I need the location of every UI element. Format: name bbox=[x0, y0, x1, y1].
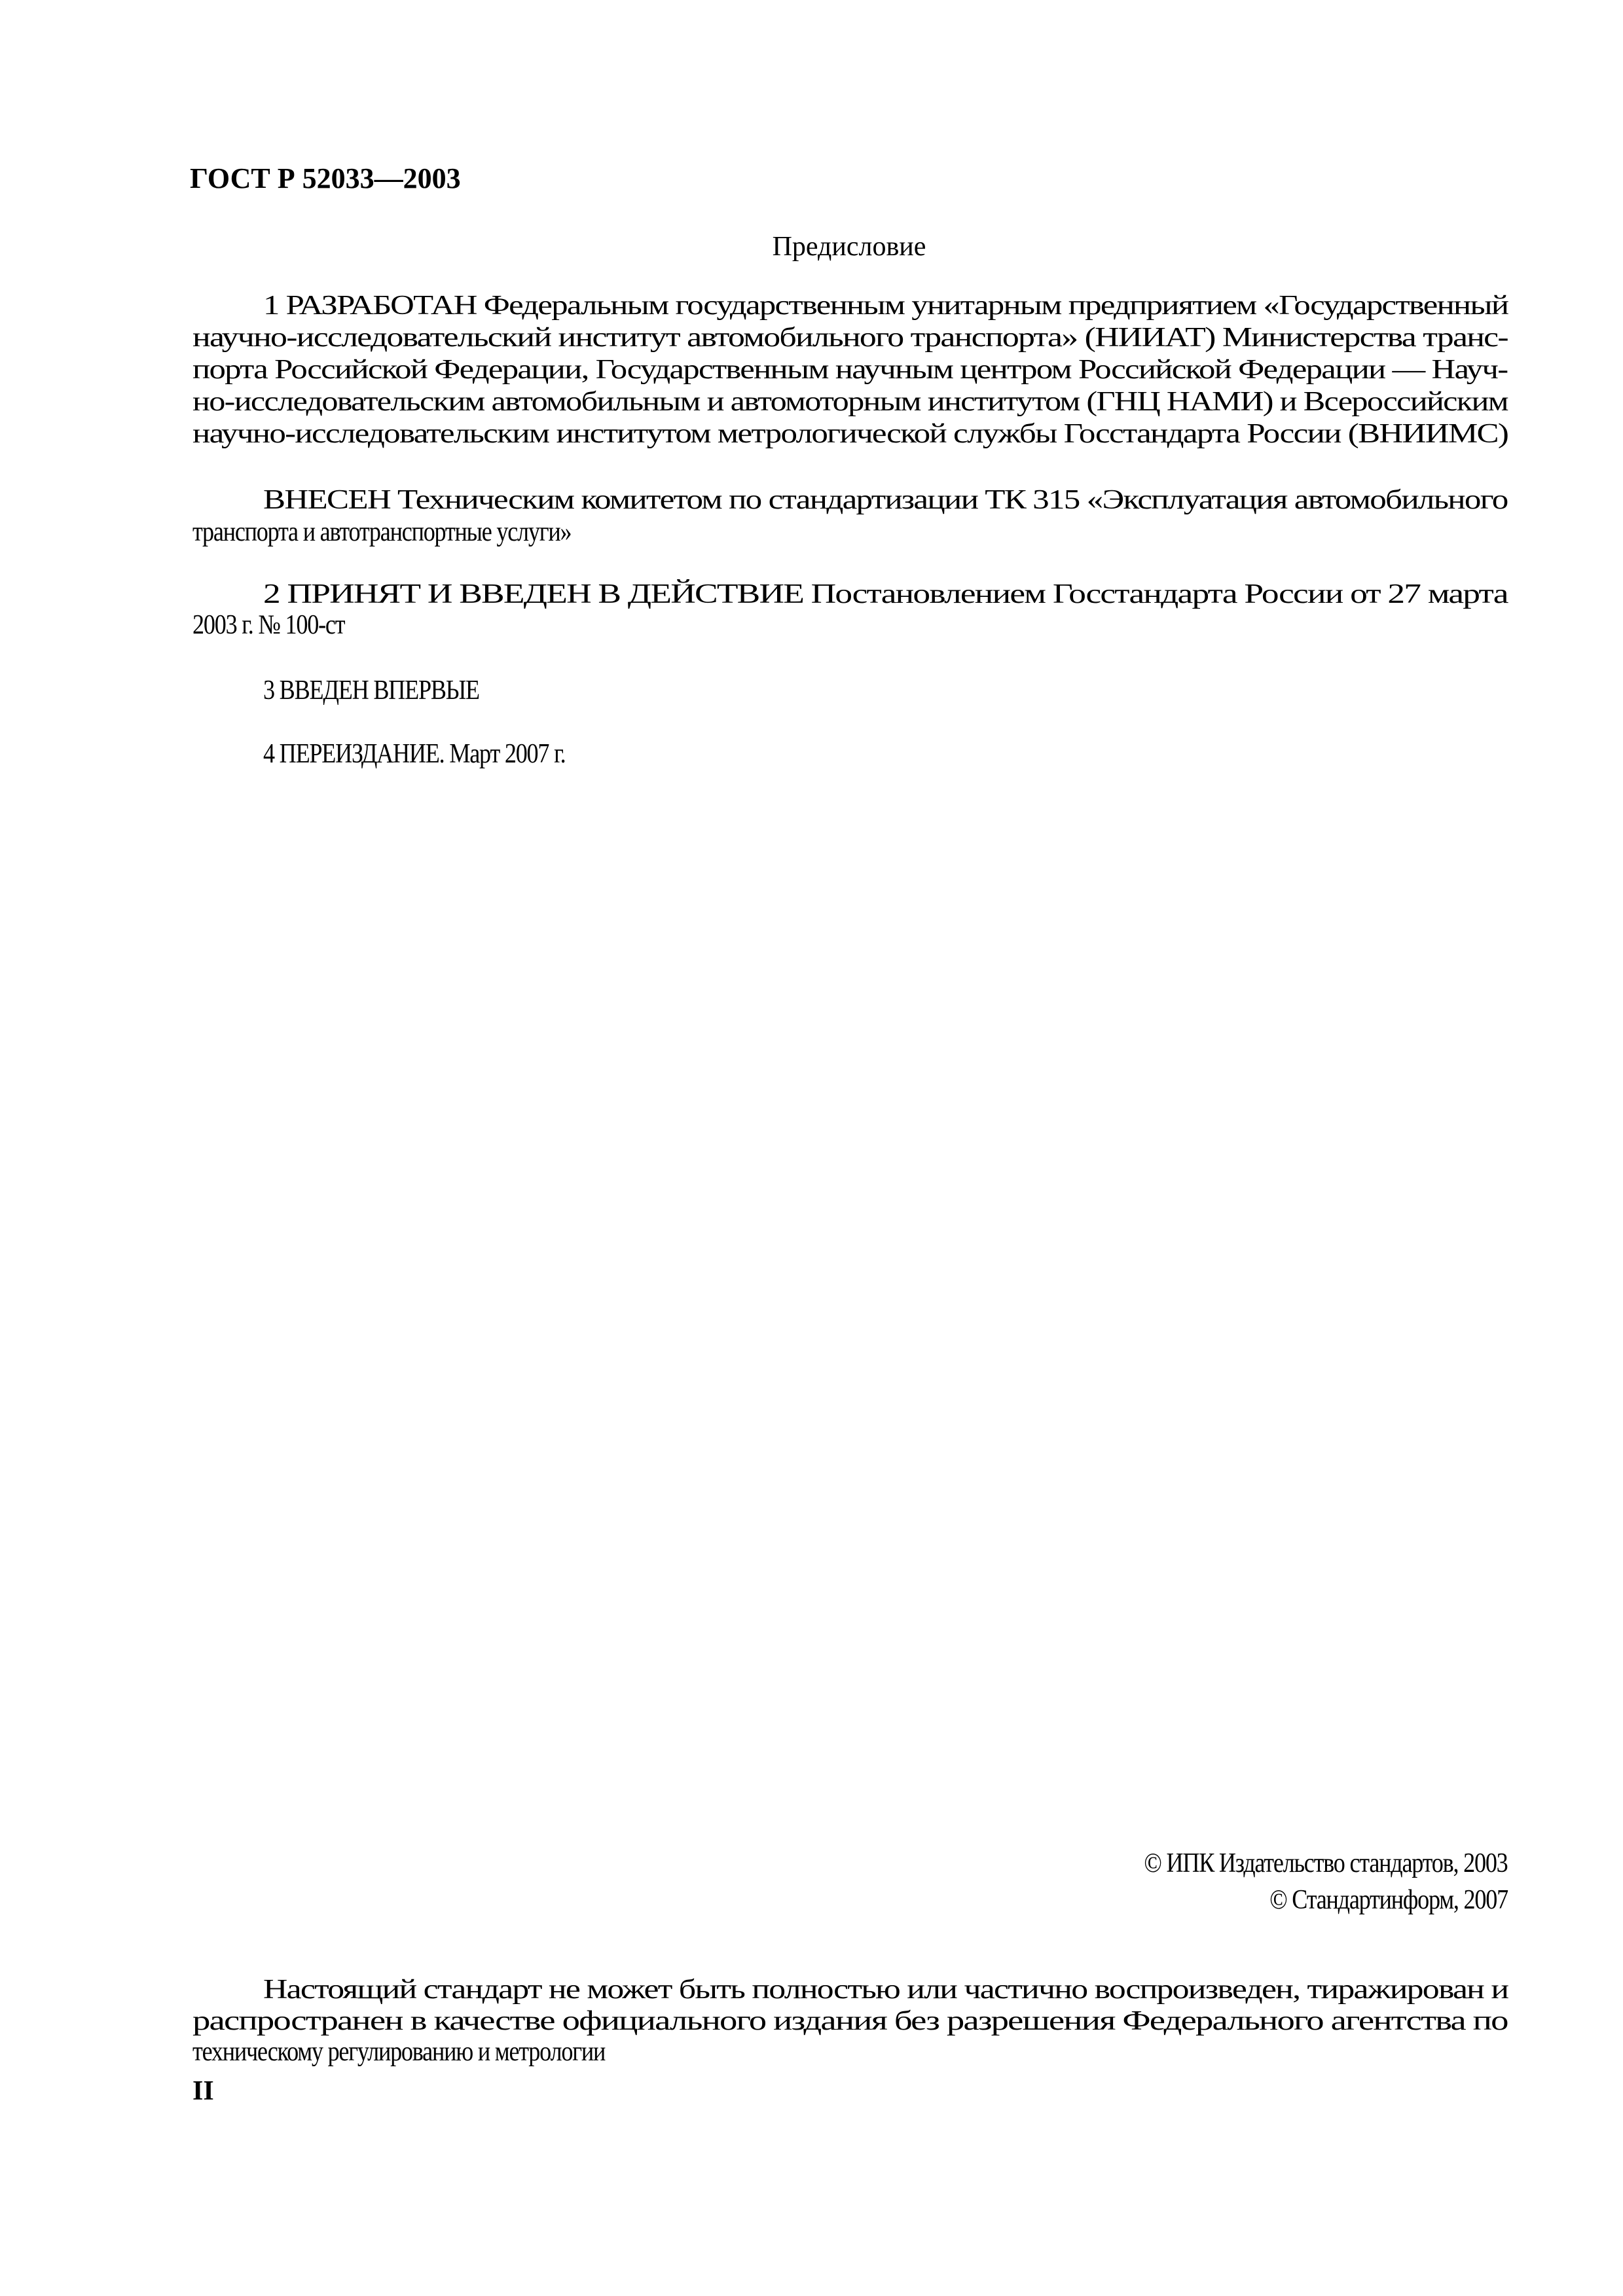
text-line: научно-исследовательским институтом метр… bbox=[192, 418, 1508, 450]
text-run: но-исследовательским автомобильным и авт… bbox=[192, 386, 1508, 418]
text-run: 4 ПЕРЕИЗДАНИЕ. Март 2007 г. bbox=[263, 738, 565, 770]
text-run: 2 ПРИНЯТ И ВВЕДЕН В ДЕЙСТВИЕ Постановлен… bbox=[263, 580, 1508, 609]
text-line: 2 ПРИНЯТ И ВВЕДЕН В ДЕЙСТВИЕ Постановлен… bbox=[192, 580, 1508, 609]
text-run: распространен в качестве официального из… bbox=[192, 2006, 1508, 2036]
text-line: техническому регулированию и метрологии bbox=[192, 2036, 1508, 2068]
text-line: Настоящий стандарт не может быть полност… bbox=[192, 1974, 1508, 2006]
text-run: 3 ВВЕДЕН ВПЕРВЫЕ bbox=[263, 675, 479, 707]
text-run: техническому регулированию и метрологии bbox=[192, 2036, 605, 2068]
text-run: Настоящий стандарт не может быть полност… bbox=[263, 1974, 1508, 2006]
text-line: ВНЕСЕН Техническим комитетом по стандарт… bbox=[192, 484, 1508, 516]
paragraph-first-introduced: 3 ВВЕДЕН ВПЕРВЫЕ bbox=[192, 675, 1508, 707]
copyright-publisher: © ИПК Издательство стандартов, 2003 bbox=[1144, 1847, 1508, 1880]
text-run: научно-исследовательским институтом метр… bbox=[192, 418, 1508, 450]
paragraph-introduced-by: ВНЕСЕН Техническим комитетом по стандарт… bbox=[192, 484, 1508, 548]
text-run: транспорта и автотранспортные услуги» bbox=[192, 516, 571, 548]
document-page: ГОСТ Р 52033—2003 Предисловие 1 РАЗРАБОТ… bbox=[0, 0, 1623, 2296]
section-heading-foreword: Предисловие bbox=[190, 230, 1508, 263]
text-line: транспорта и автотранспортные услуги» bbox=[192, 516, 1508, 548]
text-run: 2003 г. № 100-ст bbox=[192, 609, 344, 641]
text-line: порта Российской Федерации, Государствен… bbox=[192, 354, 1508, 386]
text-line: распространен в качестве официального из… bbox=[192, 2006, 1508, 2036]
text-line: 2003 г. № 100-ст bbox=[192, 609, 1508, 641]
text-line: но-исследовательским автомобильным и авт… bbox=[192, 386, 1508, 418]
text-run: научно-исследовательский институт автомо… bbox=[192, 322, 1508, 354]
paragraph-reissue: 4 ПЕРЕИЗДАНИЕ. Март 2007 г. bbox=[192, 738, 1508, 770]
paragraph-developed-by: 1 РАЗРАБОТАН Федеральным государственным… bbox=[192, 290, 1508, 450]
document-code: ГОСТ Р 52033—2003 bbox=[190, 162, 461, 195]
text-line: 4 ПЕРЕИЗДАНИЕ. Март 2007 г. bbox=[192, 738, 1508, 770]
text-run: порта Российской Федерации, Государствен… bbox=[192, 354, 1507, 386]
text-run: 1 РАЗРАБОТАН Федеральным государственным… bbox=[263, 290, 1508, 322]
reproduction-notice: Настоящий стандарт не может быть полност… bbox=[192, 1974, 1508, 2068]
page-number: II bbox=[192, 2075, 214, 2108]
text-line: научно-исследовательский институт автомо… bbox=[192, 322, 1508, 354]
text-line: 1 РАЗРАБОТАН Федеральным государственным… bbox=[192, 290, 1508, 322]
text-line: 3 ВВЕДЕН ВПЕРВЫЕ bbox=[192, 675, 1508, 707]
text-run: ВНЕСЕН Техническим комитетом по стандарт… bbox=[263, 484, 1508, 516]
copyright-standartinform: © Стандартинформ, 2007 bbox=[1269, 1884, 1508, 1916]
paragraph-adopted: 2 ПРИНЯТ И ВВЕДЕН В ДЕЙСТВИЕ Постановлен… bbox=[192, 580, 1508, 641]
